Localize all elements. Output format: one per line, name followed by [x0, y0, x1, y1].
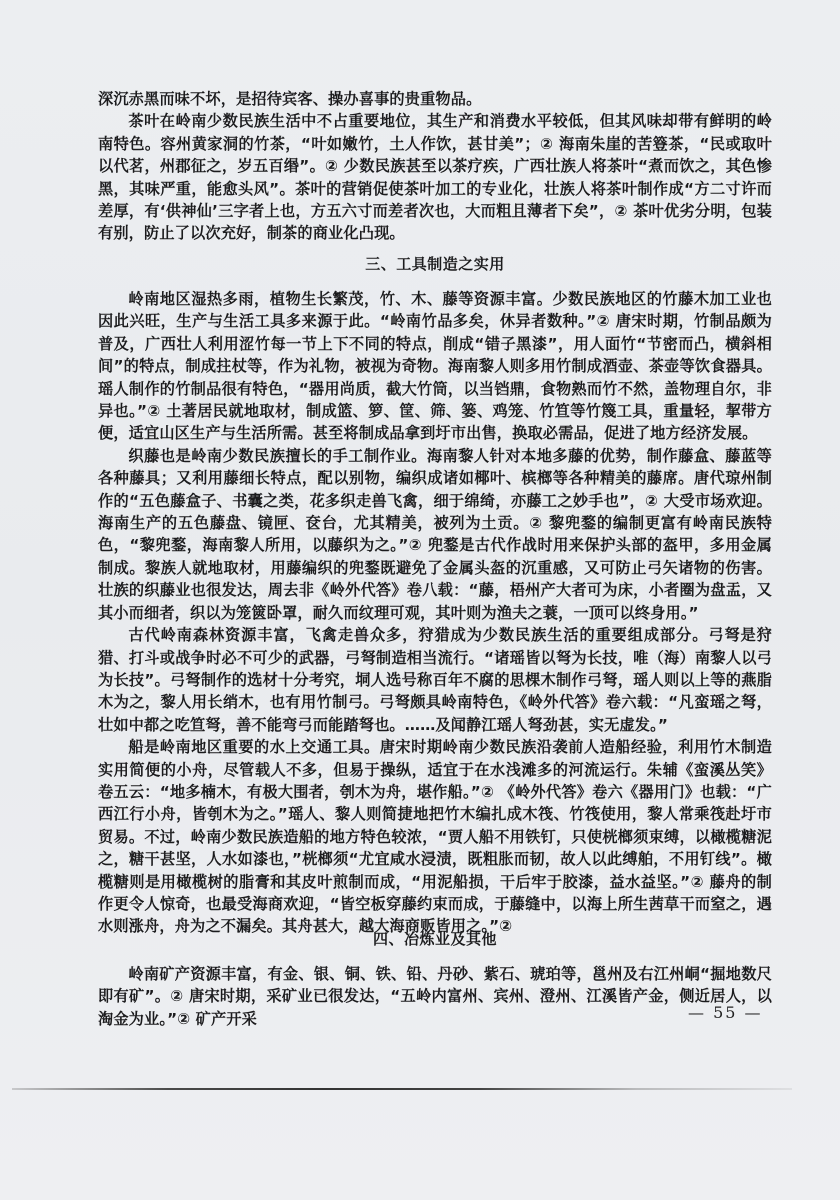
section-heading-4: 四、冶炼业及其他	[98, 928, 772, 949]
page-number: — 55 —	[688, 1003, 763, 1022]
body-text-section-4: 岭南矿产资源丰富，有金、银、铜、铁、铅、丹砂、紫石、琥珀等，邕州及右江州峒“掘地…	[98, 963, 772, 1030]
paragraph: 岭南矿产资源丰富，有金、银、铜、铁、铅、丹砂、紫石、琥珀等，邕州及右江州峒“掘地…	[98, 963, 772, 1030]
section-heading-3: 三、工具制造之实用	[98, 253, 772, 274]
scanned-page: 深沉赤黑而味不坏，是招待宾客、操办喜事的贵重物品。 茶叶在岭南少数民族生活中不占…	[0, 0, 840, 1200]
paragraph: 船是岭南地区重要的水上交通工具。唐宋时期岭南少数民族沿袭前人造船经验，利用竹木制…	[98, 736, 772, 938]
paragraph: 古代岭南森林资源丰富，飞禽走兽众多，狩猎成为少数民族生活的重要组成部分。弓弩是狩…	[98, 624, 772, 736]
paragraph: 深沉赤黑而味不坏，是招待宾客、操办喜事的贵重物品。	[98, 88, 772, 110]
body-text-section-3: 岭南地区湿热多雨，植物生长繁茂，竹、木、藤等资源丰富。少数民族地区的竹藤木加工业…	[98, 288, 772, 938]
body-text-intro: 深沉赤黑而味不坏，是招待宾客、操办喜事的贵重物品。 茶叶在岭南少数民族生活中不占…	[98, 88, 772, 245]
scan-edge-line	[12, 1088, 792, 1090]
paragraph: 茶叶在岭南少数民族生活中不占重要地位，其生产和消费水平较低，但其风味却带有鲜明的…	[98, 110, 772, 244]
paragraph: 岭南地区湿热多雨，植物生长繁茂，竹、木、藤等资源丰富。少数民族地区的竹藤木加工业…	[98, 288, 772, 445]
paragraph: 织藤也是岭南少数民族擅长的手工制作业。海南黎人针对本地多藤的优势，制作藤盒、藤蓝…	[98, 445, 772, 624]
